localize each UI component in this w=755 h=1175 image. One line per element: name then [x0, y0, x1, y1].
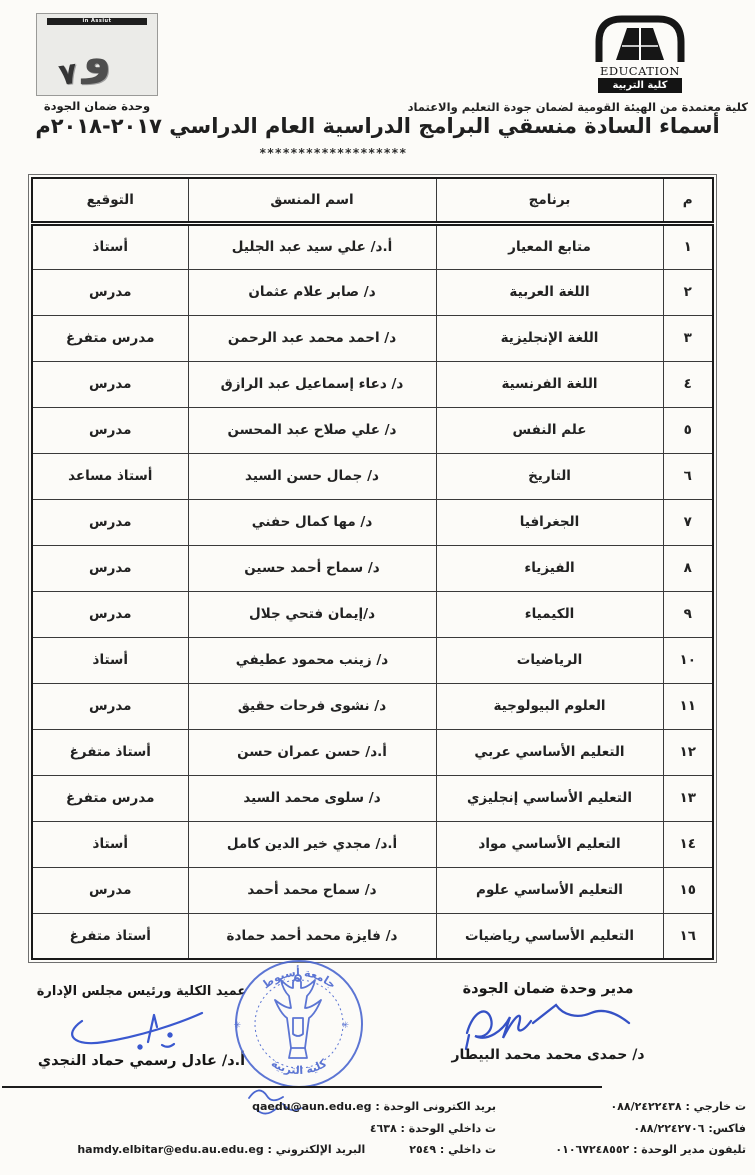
footer-line-1: ت خارجي : ٠٨٨/٢٤٢٢٤٣٨ بريد الكترونى الوح… — [8, 1096, 746, 1118]
quality-assurance-logo: in Assiut و ٧ — [36, 13, 158, 96]
cell-no: ١٦ — [663, 913, 713, 959]
header-program: برنامج — [436, 178, 663, 223]
cell-coordinator: د/ دعاء إسماعيل عبد الرازق — [188, 361, 436, 407]
cell-program: التعليم الأساسي علوم — [436, 867, 663, 913]
header-signature: التوقيع — [32, 178, 188, 223]
cell-coordinator: د/ زينب محمود عطيفي — [188, 637, 436, 683]
table-row: ١٤التعليم الأساسي موادأ.د/ مجدي خير الدي… — [32, 821, 713, 867]
cell-signature: مدرس — [32, 683, 188, 729]
cell-signature: أستاذ — [32, 637, 188, 683]
cell-coordinator: د/ علي صلاح عبد المحسن — [188, 407, 436, 453]
dean-name: أ.د/ عادل رسمي حماد النجدي — [34, 1053, 249, 1069]
header-no: م — [663, 178, 713, 223]
cell-no: ٢ — [663, 269, 713, 315]
dean-signature-icon — [52, 995, 232, 1057]
cell-program: العلوم البيولوجية — [436, 683, 663, 729]
cell-program: التعليم الأساسي عربي — [436, 729, 663, 775]
cell-coordinator: أ.د/ علي سيد عبد الجليل — [188, 223, 436, 269]
cell-coordinator: د/ نشوى فرحات حقيق — [188, 683, 436, 729]
fax-number: فاكس: ٠٨٨/٢٢٤٢٧٠٦ — [496, 1118, 746, 1140]
table-row: ٣اللغة الإنجليزيةد/ احمد محمد عبد الرحمن… — [32, 315, 713, 361]
cell-no: ١١ — [663, 683, 713, 729]
cell-no: ٩ — [663, 591, 713, 637]
coordinators-table: م برنامج اسم المنسق التوقيع ١متابع المعي… — [31, 177, 714, 960]
cell-program: الجغرافيا — [436, 499, 663, 545]
director-name: د/ حمدى محمد محمد البيطار — [447, 1047, 649, 1063]
table-row: ٦التاريخد/ جمال حسن السيدأستاذ مساعد — [32, 453, 713, 499]
cell-no: ١ — [663, 223, 713, 269]
footer-divider — [2, 1086, 602, 1088]
internal-extension: ت داخلي : ٢٥٤٩ — [409, 1139, 496, 1161]
cell-program: التاريخ — [436, 453, 663, 499]
faculty-logo-arabic: كلية التربية — [598, 78, 682, 93]
cell-coordinator: د/ سماح محمد أحمد — [188, 867, 436, 913]
cell-signature: مدرس — [32, 407, 188, 453]
cell-coordinator: د/ مها كمال حفني — [188, 499, 436, 545]
director-signoff-block: مدير وحدة ضمان الجودة د/ حمدى محمد محمد … — [447, 981, 649, 1063]
cell-no: ٤ — [663, 361, 713, 407]
table-body: ١متابع المعيارأ.د/ علي سيد عبد الجليلأست… — [32, 223, 713, 959]
cell-no: ٨ — [663, 545, 713, 591]
table-row: ٥علم النفسد/ علي صلاح عبد المحسنمدرس — [32, 407, 713, 453]
cell-signature: أستاذ مساعد — [32, 453, 188, 499]
cell-program: التعليم الأساسي رياضيات — [436, 913, 663, 959]
cell-program: اللغة الفرنسية — [436, 361, 663, 407]
cell-coordinator: أ.د/ مجدي خير الدين كامل — [188, 821, 436, 867]
cell-coordinator: د/ سماح أحمد حسين — [188, 545, 436, 591]
cell-no: ٦ — [663, 453, 713, 499]
director-title: مدير وحدة ضمان الجودة — [447, 981, 649, 997]
cell-coordinator: أ.د/ حسن عمران حسن — [188, 729, 436, 775]
scanned-document-page: in Assiut و ٧ وحدة ضمان الجودة EDUCATION… — [0, 0, 755, 1175]
cell-program: متابع المعيار — [436, 223, 663, 269]
cell-signature: أستاذ متفرغ — [32, 913, 188, 959]
accreditation-line: كلية معتمدة من الهيئة القومية لضمان جودة… — [300, 100, 748, 114]
director-email: البريد الإلكتروني : hamdy.elbitar@edu.au… — [77, 1139, 365, 1161]
table-row: ١٥التعليم الأساسي علومد/ سماح محمد أحمدم… — [32, 867, 713, 913]
director-signature-icon — [453, 993, 643, 1051]
education-logo-text: EDUCATION — [583, 64, 697, 78]
page-title: أسماء السادة منسقي البرامج الدراسية العا… — [0, 114, 755, 138]
cell-no: ١٠ — [663, 637, 713, 683]
cell-signature: أستاذ — [32, 223, 188, 269]
svg-text:✳: ✳ — [341, 1021, 349, 1031]
cell-program: التعليم الأساسي مواد — [436, 821, 663, 867]
cell-no: ١٢ — [663, 729, 713, 775]
svg-text:كلية التربية: كلية التربية — [269, 1056, 330, 1077]
cell-coordinator: د/ سلوى محمد السيد — [188, 775, 436, 821]
table-row: ٧الجغرافياد/ مها كمال حفنيمدرس — [32, 499, 713, 545]
svg-text:✳: ✳ — [233, 1021, 241, 1031]
cell-signature: مدرس — [32, 545, 188, 591]
quality-unit-caption: وحدة ضمان الجودة — [36, 99, 158, 113]
cell-coordinator: د/إيمان فتحي جلال — [188, 591, 436, 637]
table-row: ١٠الرياضياتد/ زينب محمود عطيفيأستاذ — [32, 637, 713, 683]
phone-external: ت خارجي : ٠٨٨/٢٤٢٢٤٣٨ — [496, 1096, 746, 1118]
unit-email: بريد الكترونى الوحدة : qaedu@aun.edu.eg — [252, 1096, 496, 1118]
cell-program: الكيمياء — [436, 591, 663, 637]
faculty-round-stamp-icon: جامعة أسيوط كلية التربية ✳ ✳ — [231, 956, 367, 1092]
cell-signature: مدرس — [32, 499, 188, 545]
table-row: ١٣التعليم الأساسي إنجليزيد/ سلوى محمد ال… — [32, 775, 713, 821]
cell-program: اللغة العربية — [436, 269, 663, 315]
table-row: ٩الكيمياءد/إيمان فتحي جلالمدرس — [32, 591, 713, 637]
cell-no: ٥ — [663, 407, 713, 453]
director-phone: تليفون مدير الوحدة : ٠١٠٦٧٢٤٨٥٥٢ — [496, 1139, 746, 1161]
cell-signature: أستاذ متفرغ — [32, 729, 188, 775]
cell-coordinator: د/ احمد محمد عبد الرحمن — [188, 315, 436, 361]
table-row: ١متابع المعيارأ.د/ علي سيد عبد الجليلأست… — [32, 223, 713, 269]
cell-coordinator: د/ جمال حسن السيد — [188, 453, 436, 499]
footer-contacts: ت خارجي : ٠٨٨/٢٤٢٢٤٣٨ بريد الكترونى الوح… — [8, 1096, 746, 1161]
cell-no: ٧ — [663, 499, 713, 545]
unit-internal-phone: ت داخلي الوحدة : ٤٦٣٨ — [370, 1118, 496, 1140]
cell-program: الفيزياء — [436, 545, 663, 591]
table-row: ٤اللغة الفرنسيةد/ دعاء إسماعيل عبد الراز… — [32, 361, 713, 407]
cell-no: ٣ — [663, 315, 713, 361]
separator-stars: ******************* — [0, 146, 711, 160]
cell-coordinator: د/ فايزة محمد أحمد حمادة — [188, 913, 436, 959]
table-row: ١٢التعليم الأساسي عربيأ.د/ حسن عمران حسن… — [32, 729, 713, 775]
eagle-icon — [275, 975, 321, 1058]
waw-logo-icon: و ٧ — [37, 25, 157, 89]
table-row: ٢اللغة العربيةد/ صابر علام عثمانمدرس — [32, 269, 713, 315]
stamp-bottom-text: كلية التربية — [269, 1056, 330, 1077]
table-row: ٨الفيزياءد/ سماح أحمد حسينمدرس — [32, 545, 713, 591]
cell-no: ١٤ — [663, 821, 713, 867]
cell-signature: مدرس — [32, 361, 188, 407]
cell-signature: مدرس — [32, 591, 188, 637]
education-faculty-logo: EDUCATION كلية التربية — [583, 12, 697, 96]
table-header-row: م برنامج اسم المنسق التوقيع — [32, 178, 713, 223]
header-coordinator: اسم المنسق — [188, 178, 436, 223]
logo-band-text: in Assiut — [47, 18, 147, 25]
cell-signature: أستاذ — [32, 821, 188, 867]
check-glyph-icon: ٧ — [55, 42, 82, 96]
cell-signature: مدرس متفرغ — [32, 315, 188, 361]
cell-no: ١٥ — [663, 867, 713, 913]
footer-line-3: تليفون مدير الوحدة : ٠١٠٦٧٢٤٨٥٥٢ ت داخلي… — [8, 1139, 746, 1161]
cell-signature: مدرس متفرغ — [32, 775, 188, 821]
footer-line-2: فاكس: ٠٨٨/٢٢٤٢٧٠٦ ت داخلي الوحدة : ٤٦٣٨ — [8, 1118, 746, 1140]
cell-program: التعليم الأساسي إنجليزي — [436, 775, 663, 821]
cell-coordinator: د/ صابر علام عثمان — [188, 269, 436, 315]
cell-program: علم النفس — [436, 407, 663, 453]
dean-signoff-block: عميد الكلية ورئيس مجلس الإدارة أ.د/ عادل… — [34, 984, 249, 1069]
cell-program: الرياضيات — [436, 637, 663, 683]
cell-signature: مدرس — [32, 269, 188, 315]
table-row: ١١العلوم البيولوجيةد/ نشوى فرحات حقيقمدر… — [32, 683, 713, 729]
cell-program: اللغة الإنجليزية — [436, 315, 663, 361]
dean-title: عميد الكلية ورئيس مجلس الإدارة — [34, 984, 249, 999]
cell-no: ١٣ — [663, 775, 713, 821]
table-row: ١٦التعليم الأساسي رياضياتد/ فايزة محمد أ… — [32, 913, 713, 959]
cell-signature: مدرس — [32, 867, 188, 913]
